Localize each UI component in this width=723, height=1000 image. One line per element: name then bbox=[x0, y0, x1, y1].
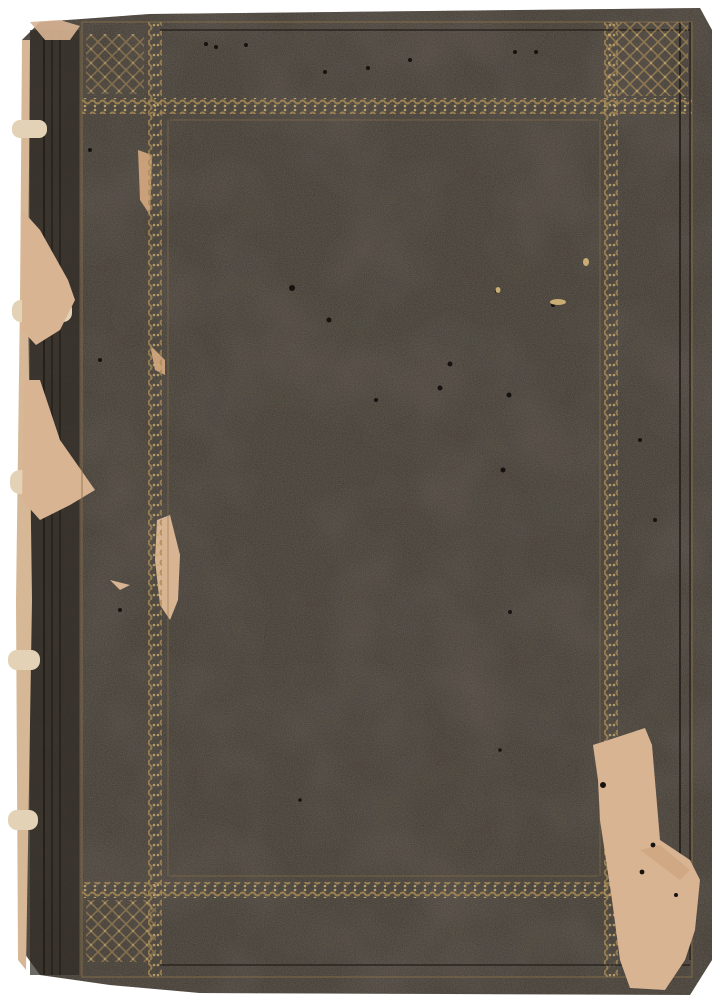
corner_tr bbox=[608, 22, 688, 96]
corner_bl bbox=[86, 900, 156, 962]
corner_tl bbox=[86, 34, 144, 94]
book-cover-photo bbox=[0, 0, 723, 1000]
